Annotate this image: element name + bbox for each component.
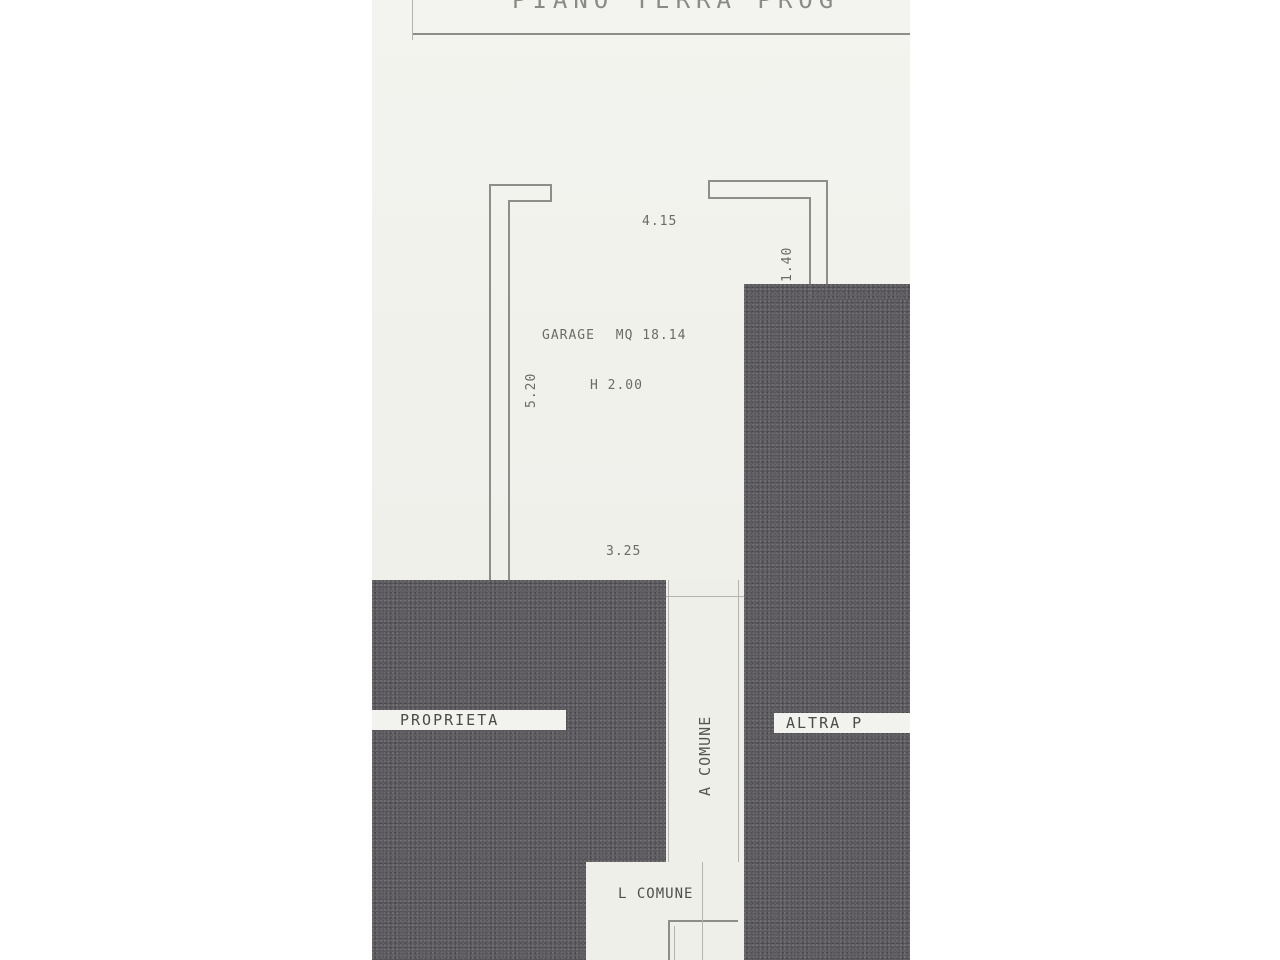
garage-top-left-outer — [489, 184, 551, 186]
garage-top-left-inner — [508, 200, 551, 202]
title-underline — [412, 33, 910, 35]
room-name: GARAGE — [542, 328, 595, 343]
property-label-left: PROPRIETA — [372, 710, 566, 730]
entrance-label: L COMUNE — [618, 886, 693, 902]
garage-top-right-inner — [708, 197, 810, 199]
corridor-label: A COMUNE — [696, 716, 714, 796]
corridor-edge-right — [738, 580, 739, 862]
entrance-center-line — [702, 862, 703, 960]
room-area: MQ 18.14 — [616, 328, 687, 343]
dimension-bottom-width: 3.25 — [606, 544, 641, 559]
garage-wall-left-outer — [489, 184, 491, 580]
corridor-edge-left — [668, 580, 669, 862]
floor-plan-sheet: PIANO TERRA PROG 4.15 1.40 GARAGE MQ 18.… — [372, 0, 910, 960]
garage-top-right-end — [708, 180, 710, 198]
hatched-area-right-upper — [744, 284, 910, 584]
title-left-tick — [412, 0, 413, 40]
hatched-area-bottom-left — [372, 860, 586, 960]
dimension-left-height: 5.20 — [524, 373, 539, 408]
hatched-area-right-lower — [744, 580, 910, 960]
dimension-top-width: 4.15 — [642, 214, 677, 229]
garage-wall-right-outer — [826, 180, 828, 284]
entrance-stair-outer — [668, 920, 670, 960]
plan-title: PIANO TERRA PROG — [512, 0, 839, 14]
entrance-area — [586, 862, 744, 960]
entrance-stair-top — [668, 920, 738, 922]
dimension-right-offset: 1.40 — [780, 247, 795, 282]
room-height: H 2.00 — [590, 378, 643, 393]
hatched-area-right-step — [810, 284, 910, 300]
garage-top-right-outer — [708, 180, 828, 182]
property-label-right: ALTRA P — [774, 713, 910, 733]
room-name-area: GARAGE MQ 18.14 — [542, 328, 686, 343]
garage-top-left-end — [550, 184, 552, 202]
garage-wall-left-inner — [508, 200, 510, 580]
corridor-top-line — [666, 596, 744, 597]
entrance-stair-inner — [674, 926, 675, 960]
